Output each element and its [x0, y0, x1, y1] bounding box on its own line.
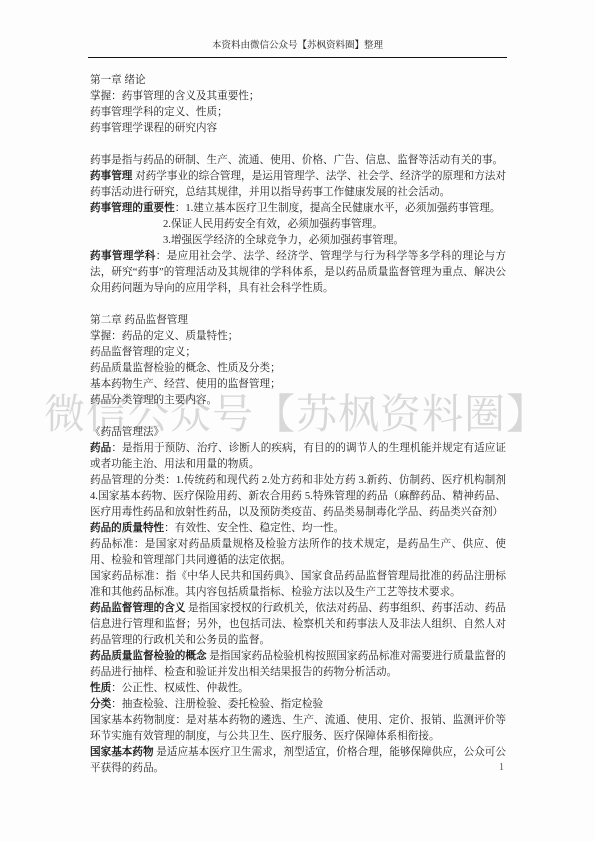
blank-line: [90, 409, 506, 425]
paragraph-line: 药事管理学课程的研究内容: [90, 121, 506, 137]
text-run: 药事管理学科的定义、性质；: [90, 107, 228, 118]
text-run: ：抽查检验、注册检验、委托检验、指定检验: [111, 699, 323, 710]
text-run: 药品监督管理的定义；: [90, 347, 196, 358]
paragraph-line: 药品质量监督检验的概念 是指国家药品检验机构按照国家药品标准对需要进行质量监督的…: [90, 649, 506, 681]
text-run: ：是指用于预防、治疗、诊断人的疾病，有目的的调节人的生理机能并规定有适应证或者功…: [90, 443, 506, 470]
paragraph-line: 国家基本药物 是适应基本医疗卫生需求，剂型适宜，价格合理，能够保障供应，公众可公…: [90, 745, 506, 777]
paragraph-line: 第一章 绪论: [90, 73, 506, 89]
paragraph-line: 性质：公正性、权威性、仲裁性。: [90, 681, 506, 697]
paragraph-line: 药品标准：是国家对药品质量规格及检验方法所作的技术规定，是药品生产、供应、使用、…: [90, 537, 506, 569]
term-label: 国家基本药物: [90, 747, 154, 758]
paragraph-line: 药品的质量特性：有效性、安全性、稳定性、均一性。: [90, 521, 506, 537]
term-label: 性质: [90, 683, 111, 694]
paragraph-line: 分类：抽查检验、注册检验、委托检验、指定检验: [90, 697, 506, 713]
paragraph-line: 基本药物生产、经营、使用的监督管理；: [90, 377, 506, 393]
text-run: 国家基本药物制度：是对基本药物的遴选、生产、流通、使用、定价、报销、监测评价等环…: [90, 715, 506, 742]
text-run: 3.增强医学经济的全球竞争力，必须加强药事管理。: [163, 235, 404, 246]
text-run: 第一章 绪论: [90, 75, 146, 86]
paragraph-line: 掌握：药事管理的含义及其重要性；: [90, 89, 506, 105]
paragraph-line: 药品质量监督检验的概念、性质及分类；: [90, 361, 506, 377]
paragraph-line: 2.保证人民用药安全有效，必须加强药事管理。: [90, 217, 506, 233]
text-run: 掌握：药事管理的含义及其重要性；: [90, 91, 260, 102]
text-run: ：有效性、安全性、稳定性、均一性。: [164, 523, 344, 534]
document-page: 本资料由微信公众号【苏枫资料圈】整理 微信公众号【苏枫资料圈】 第一章 绪论掌握…: [0, 0, 595, 841]
paragraph-line: 第二章 药品监督管理: [90, 313, 506, 329]
blank-line: [90, 297, 506, 313]
term-label: 药品质量监督检验的概念: [90, 651, 207, 662]
text-run: ：公正性、权威性、仲裁性。: [111, 683, 249, 694]
header-note: 本资料由微信公众号【苏枫资料圈】整理: [212, 41, 383, 51]
paragraph-line: 国家药品标准：指《中华人民共和国药典》、国家食品药品监督管理局批准的药品注册标准…: [90, 569, 506, 601]
text-run: 掌握：药品的定义、质量特性；: [90, 331, 238, 342]
term-label: 药事管理的重要性: [90, 203, 175, 214]
term-label: 药品监督管理的含义: [90, 603, 185, 614]
page-header: 本资料由微信公众号【苏枫资料圈】整理: [88, 40, 507, 58]
text-run: 对药学事业的综合管理，是运用管理学、法学、社会学、经济学的原理和方法对药事活动进…: [90, 171, 506, 198]
paragraph-line: 药事管理学科：是应用社会学、法学、经济学、管理学与行为科学等多学科的理论与方法，…: [90, 249, 506, 297]
text-run: 国家药品标准：指《中华人民共和国药典》、国家食品药品监督管理局批准的药品注册标准…: [90, 571, 506, 598]
text-run: 药品标准：是国家对药品质量规格及检验方法所作的技术规定，是药品生产、供应、使用、…: [90, 539, 506, 566]
paragraph-line: 药品：是指用于预防、治疗、诊断人的疾病，有目的的调节人的生理机能并规定有适应证或…: [90, 441, 506, 473]
paragraph-line: 药事管理 对药学事业的综合管理，是运用管理学、法学、社会学、经济学的原理和方法对…: [90, 169, 506, 201]
text-run: 药品管理的分类：1.传统药和现代药 2.处方药和非处方药 3.新药、仿制药、医疗…: [90, 475, 506, 518]
text-run: 药事是指与药品的研制、生产、流通、使用、价格、广告、信息、监督等活动有关的事。: [90, 155, 503, 166]
text-run: 药事管理学课程的研究内容: [90, 123, 217, 134]
paragraph-line: 《药品管理法》: [90, 425, 506, 441]
paragraph-line: 药品分类管理的主要内容。: [90, 393, 506, 409]
paragraph-line: 药品管理的分类：1.传统药和现代药 2.处方药和非处方药 3.新药、仿制药、医疗…: [90, 473, 506, 521]
paragraph-line: 药事管理学科的定义、性质；: [90, 105, 506, 121]
paragraph-line: 国家基本药物制度：是对基本药物的遴选、生产、流通、使用、定价、报销、监测评价等环…: [90, 713, 506, 745]
term-label: 药事管理: [90, 171, 132, 182]
document-body: 第一章 绪论掌握：药事管理的含义及其重要性；药事管理学科的定义、性质；药事管理学…: [90, 73, 506, 777]
text-run: 第二章 药品监督管理: [90, 315, 188, 326]
term-label: 药品: [90, 443, 111, 454]
term-label: 分类: [90, 699, 111, 710]
paragraph-line: 药事管理的重要性：1.建立基本医疗卫生制度，提高全民健康水平，必须加强药事管理。: [90, 201, 506, 217]
text-run: 药品质量监督检验的概念、性质及分类；: [90, 363, 281, 374]
paragraph-line: 3.增强医学经济的全球竞争力，必须加强药事管理。: [90, 233, 506, 249]
text-run: 2.保证人民用药安全有效，必须加强药事管理。: [163, 219, 383, 230]
term-label: 药事管理学科: [90, 251, 156, 262]
text-run: 基本药物生产、经营、使用的监督管理；: [90, 379, 281, 390]
paragraph-line: 药事是指与药品的研制、生产、流通、使用、价格、广告、信息、监督等活动有关的事。: [90, 153, 506, 169]
paragraph-line: 药品监督管理的定义；: [90, 345, 506, 361]
paragraph-line: 掌握：药品的定义、质量特性；: [90, 329, 506, 345]
paragraph-line: 药品监督管理的含义 是指国家授权的行政机关，依法对药品、药事组织、药事活动、药品…: [90, 601, 506, 649]
text-run: 《药品管理法》: [90, 427, 164, 438]
term-label: 药品的质量特性: [90, 523, 164, 534]
blank-line: [90, 137, 506, 153]
text-run: ：1.建立基本医疗卫生制度，提高全民健康水平，必须加强药事管理。: [175, 203, 501, 214]
text-run: 药品分类管理的主要内容。: [90, 395, 217, 406]
page-number: 1: [499, 762, 504, 773]
